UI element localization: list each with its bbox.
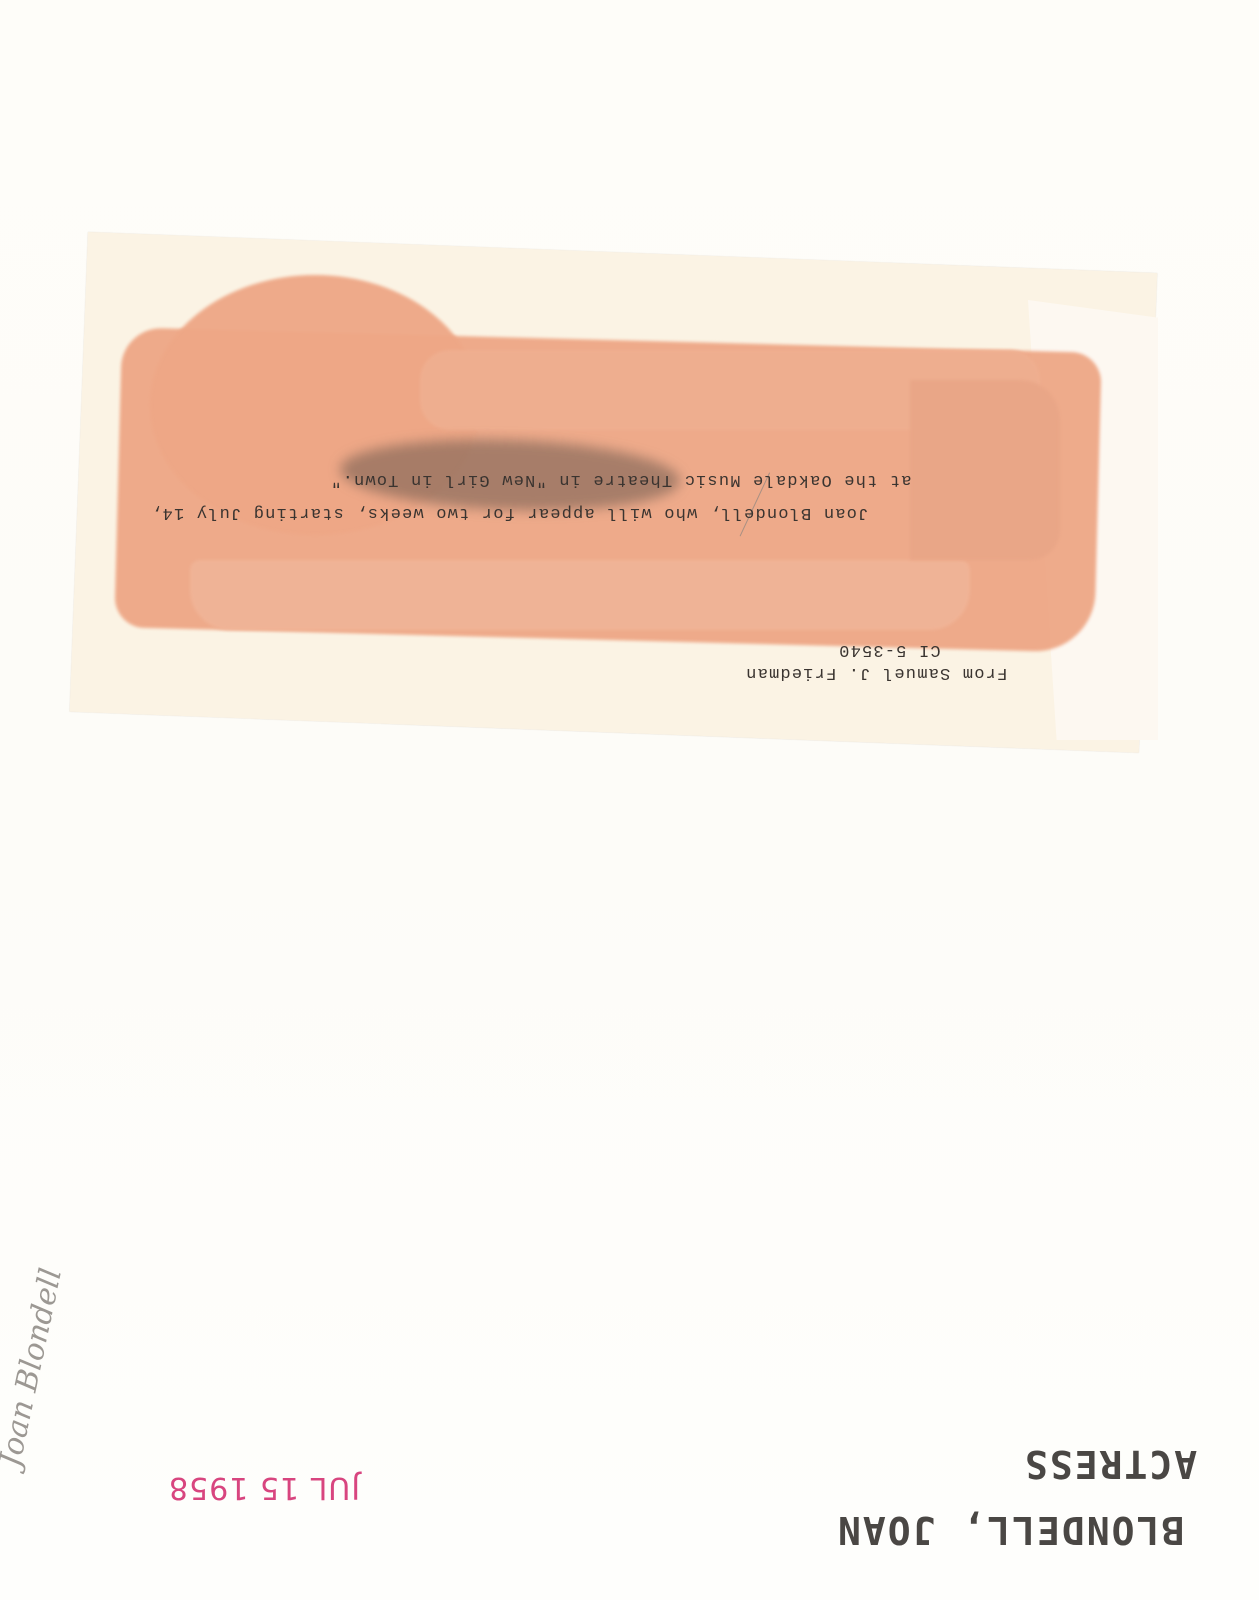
date-stamp: JUL 15 1958 — [168, 1470, 360, 1505]
caption-from: From Samuel J. Friedman — [745, 663, 1007, 682]
caption-line-1: Joan Blondell, who will appear for two w… — [150, 503, 868, 522]
caption-line-2: at the Oakdale Music Theatre in "New Gir… — [330, 470, 912, 489]
label-role: ACTRESS — [1023, 1442, 1197, 1486]
glue-stain — [190, 560, 970, 630]
label-name: BLONDELL, JOAN — [836, 1508, 1184, 1552]
caption-phone: CI 5-3540 — [838, 640, 941, 659]
glue-stain — [910, 380, 1060, 560]
